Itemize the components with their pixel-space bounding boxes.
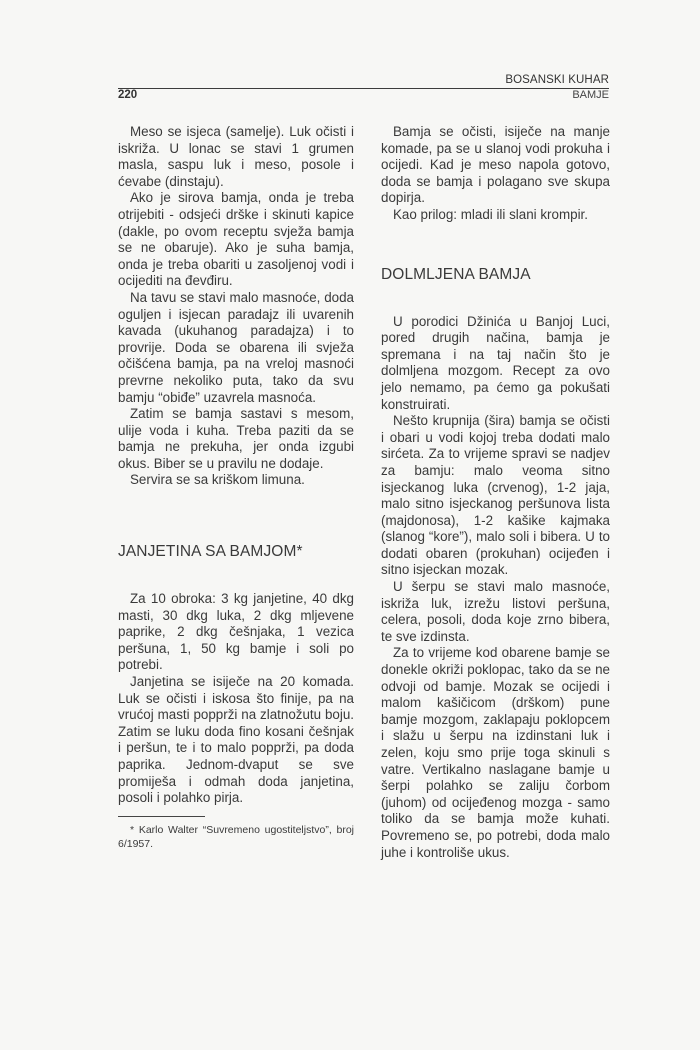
footnote-rule: [118, 816, 205, 817]
footnote: * Karlo Walter “Suvremeno ugostiteljstvo…: [118, 823, 354, 851]
running-title: BOSANSKI KUHAR: [505, 74, 609, 86]
paragraph: U porodici Džinića u Banjoj Luci, pored …: [381, 314, 610, 414]
paragraph: Meso se isjeca (samelje). Luk očisti i i…: [118, 124, 354, 190]
page-number: 220: [118, 89, 137, 101]
paragraph: Nešto krupnija (šira) bamja se očisti i …: [381, 413, 610, 579]
left-column: Meso se isjeca (samelje). Luk očisti i i…: [118, 124, 354, 851]
paragraph: Na tavu se stavi malo masnoće, doda ogul…: [118, 290, 354, 406]
recipe-title: JANJETINA SA BAMJOM*: [118, 543, 354, 561]
paragraph: Janjetina se isiječe na 20 komada. Luk s…: [118, 674, 354, 807]
right-column: Bamja se očisti, isiječe na manje komade…: [381, 124, 610, 861]
section-name: BAMJE: [572, 89, 609, 101]
recipe-title: DOLMLJENA BAMJA: [381, 266, 610, 284]
paragraph: U šerpu se stavi malo masnoće, iskriža l…: [381, 579, 610, 645]
paragraph: Bamja se očisti, isiječe na manje komade…: [381, 124, 610, 207]
paragraph: Servira se sa kriškom limuna.: [118, 472, 354, 489]
paragraph: Zatim se bamja sastavi s mesom, ulije vo…: [118, 406, 354, 472]
paragraph: Za to vrijeme kod obarene bamje se donek…: [381, 645, 610, 861]
paragraph: Ako je sirova bamja, onda je treba otrij…: [118, 190, 354, 290]
header-rule: [118, 88, 609, 89]
paragraph: Za 10 obroka: 3 kg janjetine, 40 dkg mas…: [118, 591, 354, 674]
page-header: BOSANSKI KUHAR 220 BAMJE: [118, 72, 609, 106]
paragraph: Kao prilog: mladi ili slani krompir.: [381, 207, 610, 224]
